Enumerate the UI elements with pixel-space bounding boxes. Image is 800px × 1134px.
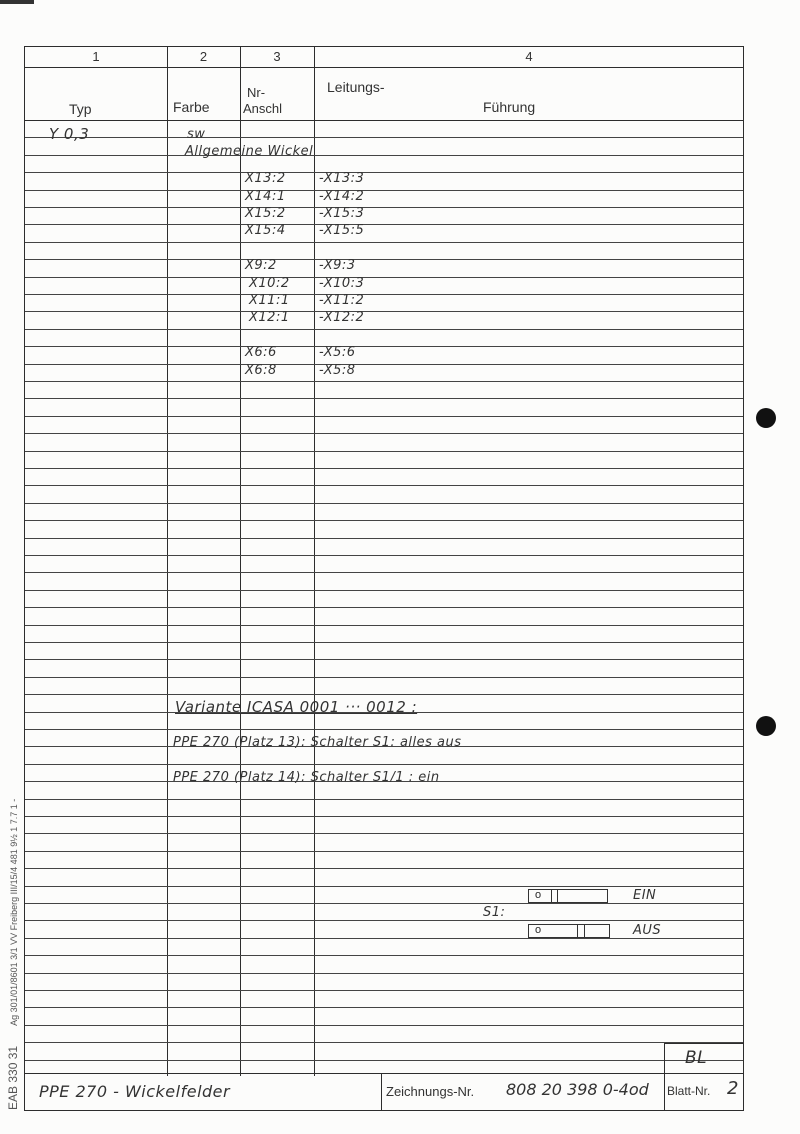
ruled-line: [25, 851, 743, 852]
ruled-line: [25, 677, 743, 678]
ruled-line: [25, 764, 743, 765]
column-number-2: 2: [167, 49, 240, 64]
ruled-line: [25, 625, 743, 626]
connection-from: X13:2: [245, 171, 286, 186]
corner-mark-box: BL: [664, 1043, 743, 1074]
margin-print: EAB 330 31 Ag 301/01/8601 3/1 VV Freiber…: [6, 799, 20, 1110]
ruled-line: [25, 1025, 743, 1026]
column-divider: [167, 47, 168, 1076]
ruled-line: [25, 172, 743, 173]
ruled-line: [25, 1042, 743, 1043]
ruled-line: [25, 346, 743, 347]
ruled-line: [25, 903, 743, 904]
wiring-form: 1 2 3 4 Typ Farbe Nr- Anschl Leitungs- F…: [24, 46, 744, 1111]
switch-marker: o: [535, 924, 541, 936]
connection-to: -X14:2: [319, 189, 364, 204]
header-anschl: Anschl: [243, 101, 282, 116]
connection-to: -X10:3: [319, 276, 364, 291]
ruled-line: [25, 259, 743, 260]
print-info: Ag 301/01/8601 3/1 VV Freiberg III/15/4 …: [9, 799, 19, 1026]
connection-to: -X13:3: [319, 171, 364, 186]
ruled-line: [25, 294, 743, 295]
connection-from: X15:4: [245, 223, 286, 238]
switch-label: S1:: [483, 905, 505, 920]
connection-to: -X9:3: [319, 258, 356, 273]
ruled-line: [25, 520, 743, 521]
drawing-number: 808 20 398 0-4od: [506, 1080, 649, 1099]
ruled-line: [25, 555, 743, 556]
title-block: PPE 270 - Wickelfelder Zeichnungs-Nr. 80…: [25, 1073, 743, 1110]
column-number-4: 4: [314, 49, 744, 64]
ruled-line: [25, 277, 743, 278]
ruled-line: [25, 485, 743, 486]
ruled-line: [25, 973, 743, 974]
sheet-number-label: Blatt-Nr.: [667, 1084, 710, 1098]
ruled-line: [25, 503, 743, 504]
ruled-line: [25, 468, 743, 469]
variant-line-2: PPE 270 (Platz 14): Schalter S1/1 : ein: [173, 770, 440, 785]
ruled-line: [25, 572, 743, 573]
ruled-line: [25, 433, 743, 434]
header-typ: Typ: [69, 101, 92, 117]
header-farbe: Farbe: [173, 99, 210, 115]
ruled-line: [25, 137, 743, 138]
connection-to: -X5:6: [319, 345, 356, 360]
ruled-line: [25, 816, 743, 817]
corner-mark: BL: [685, 1048, 707, 1068]
ruled-line: [25, 955, 743, 956]
header-divider: [25, 67, 743, 68]
ruled-line: [25, 659, 743, 660]
punch-hole: [756, 716, 776, 736]
connection-from: X12:1: [249, 310, 290, 325]
form-code: EAB 330 31: [6, 1046, 20, 1110]
ruled-line: [25, 538, 743, 539]
connection-from: X10:2: [249, 276, 290, 291]
ruled-line: [25, 242, 743, 243]
entry-farbe: sw: [187, 127, 205, 142]
drawing-title: PPE 270 - Wickelfelder: [39, 1082, 230, 1101]
connection-from: X14:1: [245, 189, 286, 204]
connection-to: -X12:2: [319, 310, 364, 325]
ruled-line: [25, 381, 743, 382]
variant-title: Variante ICASA 0001 ··· 0012 :: [175, 698, 417, 716]
ruled-line: [25, 329, 743, 330]
ruled-line: [25, 868, 743, 869]
connection-from: X9:2: [245, 258, 277, 273]
header-bottom: [25, 120, 743, 121]
ruled-line: [25, 920, 743, 921]
drawing-number-label: Zeichnungs-Nr.: [386, 1084, 474, 1099]
connection-from: X6:8: [245, 363, 277, 378]
ruled-line: [25, 364, 743, 365]
column-divider: [240, 47, 241, 1076]
column-number-3: 3: [240, 49, 314, 64]
ruled-line: [25, 833, 743, 834]
connection-to: -X5:8: [319, 363, 356, 378]
ruled-line: [25, 1060, 743, 1061]
entry-typ: Y 0,3: [49, 125, 89, 143]
ruled-line: [25, 886, 743, 887]
ruled-line: [25, 990, 743, 991]
switch-marker: o: [535, 889, 541, 901]
ruled-line: [25, 190, 743, 191]
ruled-line: [25, 642, 743, 643]
ruled-line: [25, 451, 743, 452]
switch-state-aus: AUS: [633, 923, 661, 938]
ruled-line: [25, 311, 743, 312]
header-fuehrung: Führung: [483, 99, 535, 115]
ruled-line: [25, 416, 743, 417]
ruled-line: [25, 729, 743, 730]
header-leitungs: Leitungs-: [327, 79, 385, 95]
connection-to: -X11:2: [319, 293, 364, 308]
ruled-line: [25, 1007, 743, 1008]
connection-from: X15:2: [245, 206, 286, 221]
header-nr: Nr-: [247, 85, 265, 100]
ruled-line: [25, 694, 743, 695]
ruled-line: [25, 398, 743, 399]
sheet-number-cell: Blatt-Nr. 2: [664, 1074, 743, 1110]
ruled-line: [25, 590, 743, 591]
connection-to: -X15:3: [319, 206, 364, 221]
switch-ein-diagram: o: [528, 889, 608, 903]
section-title: Allgemeine Wickel: [185, 144, 313, 159]
connection-from: X6:6: [245, 345, 277, 360]
connection-to: -X15:5: [319, 223, 364, 238]
sheet-number: 2: [727, 1078, 739, 1099]
ruled-line: [25, 224, 743, 225]
ruled-line: [25, 607, 743, 608]
connection-from: X11:1: [249, 293, 290, 308]
column-divider: [314, 47, 315, 1076]
ruled-line: [25, 155, 743, 156]
switch-state-ein: EIN: [633, 888, 656, 903]
column-number-1: 1: [25, 49, 167, 64]
ruled-line: [25, 799, 743, 800]
variant-line-1: PPE 270 (Platz 13): Schalter S1: alles a…: [173, 735, 462, 750]
switch-aus-diagram: o: [528, 924, 610, 938]
punch-hole: [756, 408, 776, 428]
drawing-number-cell: Zeichnungs-Nr. 808 20 398 0-4od: [381, 1074, 665, 1110]
ruled-line: [25, 207, 743, 208]
scan-edge-mark: [0, 0, 34, 4]
